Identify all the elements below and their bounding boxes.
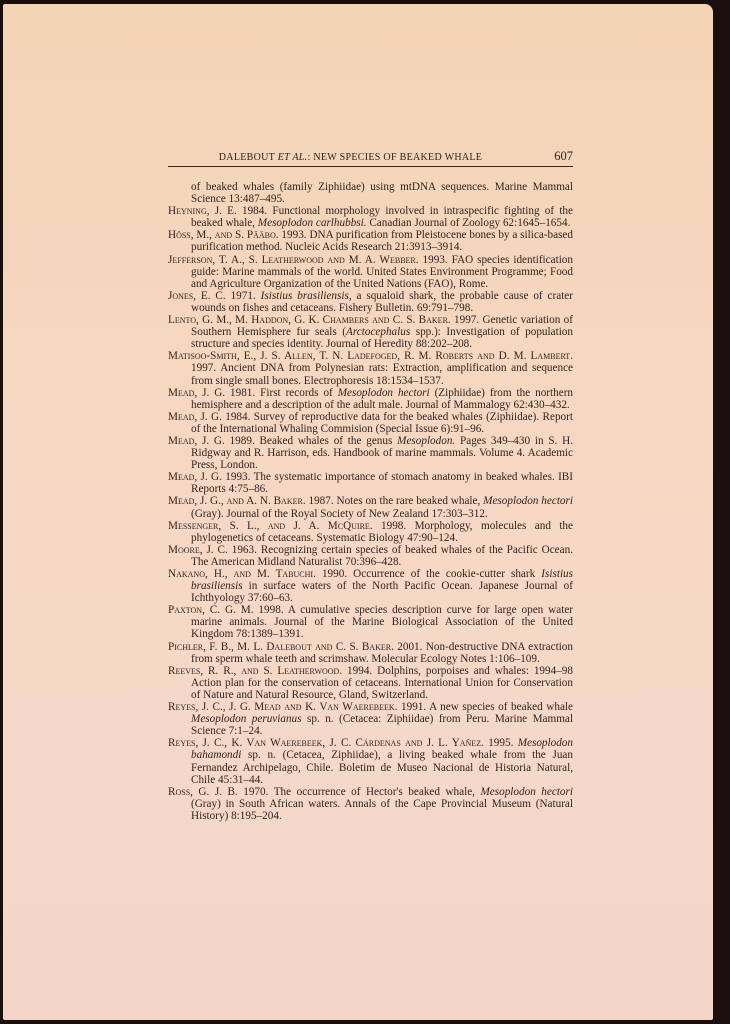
reference-entry: Moore, J. C. 1963. Recognizing certain s… [168,544,573,568]
reference-text: 1987. Notes on the rare beaked whale, [306,495,484,507]
reference-text: 1989. Beaked whales of the genus [225,435,397,447]
journal-page: DALEBOUT ET AL.: NEW SPECIES OF BEAKED W… [3,4,713,1020]
reference-entry: Mead, J. G. 1993. The systematic importa… [168,471,573,495]
reference-entry: Ross, G. J. B. 1970. The occurrence of H… [168,786,573,822]
reference-species-name: Mesoplodon hectori [480,786,573,798]
reference-text: 1981. First records of [225,387,338,399]
reference-text: 1963. Recognizing certain species of bea… [191,544,573,568]
running-head: DALEBOUT ET AL.: NEW SPECIES OF BEAKED W… [168,149,573,167]
reference-entry: Paxton, C. G. M. 1998. A cumulative spec… [168,604,573,640]
reference-entry: Messenger, S. L., and J. A. McQuire. 199… [168,520,573,544]
running-title-authors: DALEBOUT [219,152,278,163]
reference-species-name: Mesoplodon peruvianus [191,713,302,725]
running-title: DALEBOUT ET AL.: NEW SPECIES OF BEAKED W… [168,152,533,163]
reference-authors: Ross, G. J. B. [168,786,238,798]
reference-text: (Gray) in South African waters. Annals o… [191,798,573,822]
reference-entry: Pichler, F. B., M. L. Dalebout and C. S.… [168,641,573,665]
reference-entry: Reeves, R. R., and S. Leatherwood. 1994.… [168,665,573,701]
reference-authors: Mead, J. G. [168,411,222,423]
reference-authors: Reeves, R. R., and S. Leatherwood. [168,665,342,677]
reference-entry: Mead, J. G. 1989. Beaked whales of the g… [168,435,573,471]
reference-authors: Nakano, H., and M. Tabuchi. [168,568,316,580]
reference-species-name: Arctocephalus [346,326,410,338]
reference-authors: Mead, J. G., and A. N. Baker. [168,495,306,507]
reference-species-name: Mesoplodon hectori [483,495,573,507]
reference-text: 1993. The systematic importance of stoma… [191,471,573,495]
reference-entry: Reyes, J. C., K. Van Waerebeek, J. C. Cá… [168,737,573,785]
reference-entry: Reyes, J. C., J. G. Mead and K. Van Waer… [168,701,573,737]
reference-text: sp. n. (Cetacea, Ziphiidae), a living be… [191,749,573,785]
reference-text: 1984. Survey of reproductive data for th… [191,411,573,435]
reference-text: 1991. A new species of beaked whale [397,701,573,713]
references-list: of beaked whales (family Ziphiidae) usin… [168,181,573,822]
reference-species-name: Mesoplodon. [397,435,455,447]
reference-authors: Paxton, C. G. M. [168,604,254,616]
running-title-subject: : NEW SPECIES OF BEAKED WHALE [307,152,482,163]
reference-authors: Jones, E. C. [168,290,226,302]
reference-entry: Matisoo-Smith, E., J. S. Allen, T. N. La… [168,350,573,386]
reference-entry: Lento, G. M., M. Haddon, G. K. Chambers … [168,314,573,350]
reference-entry: Höss, M., and S. Pääbo. 1993. DNA purifi… [168,229,573,253]
reference-authors: Mead, J. G. [168,387,225,399]
reference-entry: Nakano, H., and M. Tabuchi. 1990. Occurr… [168,568,573,604]
reference-entry: Mead, J. G. 1984. Survey of reproductive… [168,411,573,435]
reference-text: 1970. The occurrence of Hector's beaked … [238,786,481,798]
reference-text: (Gray). Journal of the Royal Society of … [191,508,488,520]
reference-entry: Jefferson, T. A., S. Leatherwood and M. … [168,254,573,290]
reference-text: 1990. Occurrence of the cookie-cutter sh… [316,568,541,580]
reference-species-name: Isistius brasiliensis, [261,290,352,302]
reference-authors: Mead, J. G. [168,471,222,483]
reference-entry: Mead, J. G., and A. N. Baker. 1987. Note… [168,495,573,519]
reference-authors: Pichler, F. B., M. L. Dalebout and C. S.… [168,641,394,653]
reference-text: 1971. [226,290,261,302]
reference-authors: Reyes, J. C., J. G. Mead and K. Van Waer… [168,701,397,713]
reference-text: Canadian Journal of Zoology 62:1645–1654… [367,217,571,229]
running-title-etal: ET AL. [278,152,308,163]
reference-authors: Moore, J. C. [168,544,228,556]
reference-entry: Jones, E. C. 1971. Isistius brasiliensis… [168,290,573,314]
reference-authors: Reyes, J. C., K. Van Waerebeek, J. C. Cá… [168,737,484,749]
reference-authors: Matisoo-Smith, E., J. S. Allen, T. N. La… [168,350,573,362]
reference-authors: Messenger, S. L., and J. A. McQuire. [168,520,373,532]
reference-text: in surface waters of the North Pacific O… [191,580,573,604]
reference-authors: Jefferson, T. A., S. Leatherwood and M. … [168,254,419,266]
reference-species-name: Mesoplodon hectori [338,387,430,399]
reference-entry: Mead, J. G. 1981. First records of Mesop… [168,387,573,411]
reference-text: of beaked whales (family Ziphiidae) usin… [191,181,573,205]
reference-entry: Heyning, J. E. 1984. Functional morpholo… [168,205,573,229]
reference-species-name: Mesoplodon carlhubbsi. [258,217,367,229]
reference-authors: Höss, M., and S. Pääbo. [168,229,279,241]
reference-authors: Heyning, J. E. [168,205,237,217]
reference-authors: Mead, J. G. [168,435,225,447]
page-number: 607 [554,149,573,164]
reference-text: 1997. Ancient DNA from Polynesian rats: … [191,362,573,386]
reference-text: 1995. [484,737,518,749]
reference-authors: Lento, G. M., M. Haddon, G. K. Chambers … [168,314,451,326]
reference-entry: of beaked whales (family Ziphiidae) usin… [168,181,573,205]
